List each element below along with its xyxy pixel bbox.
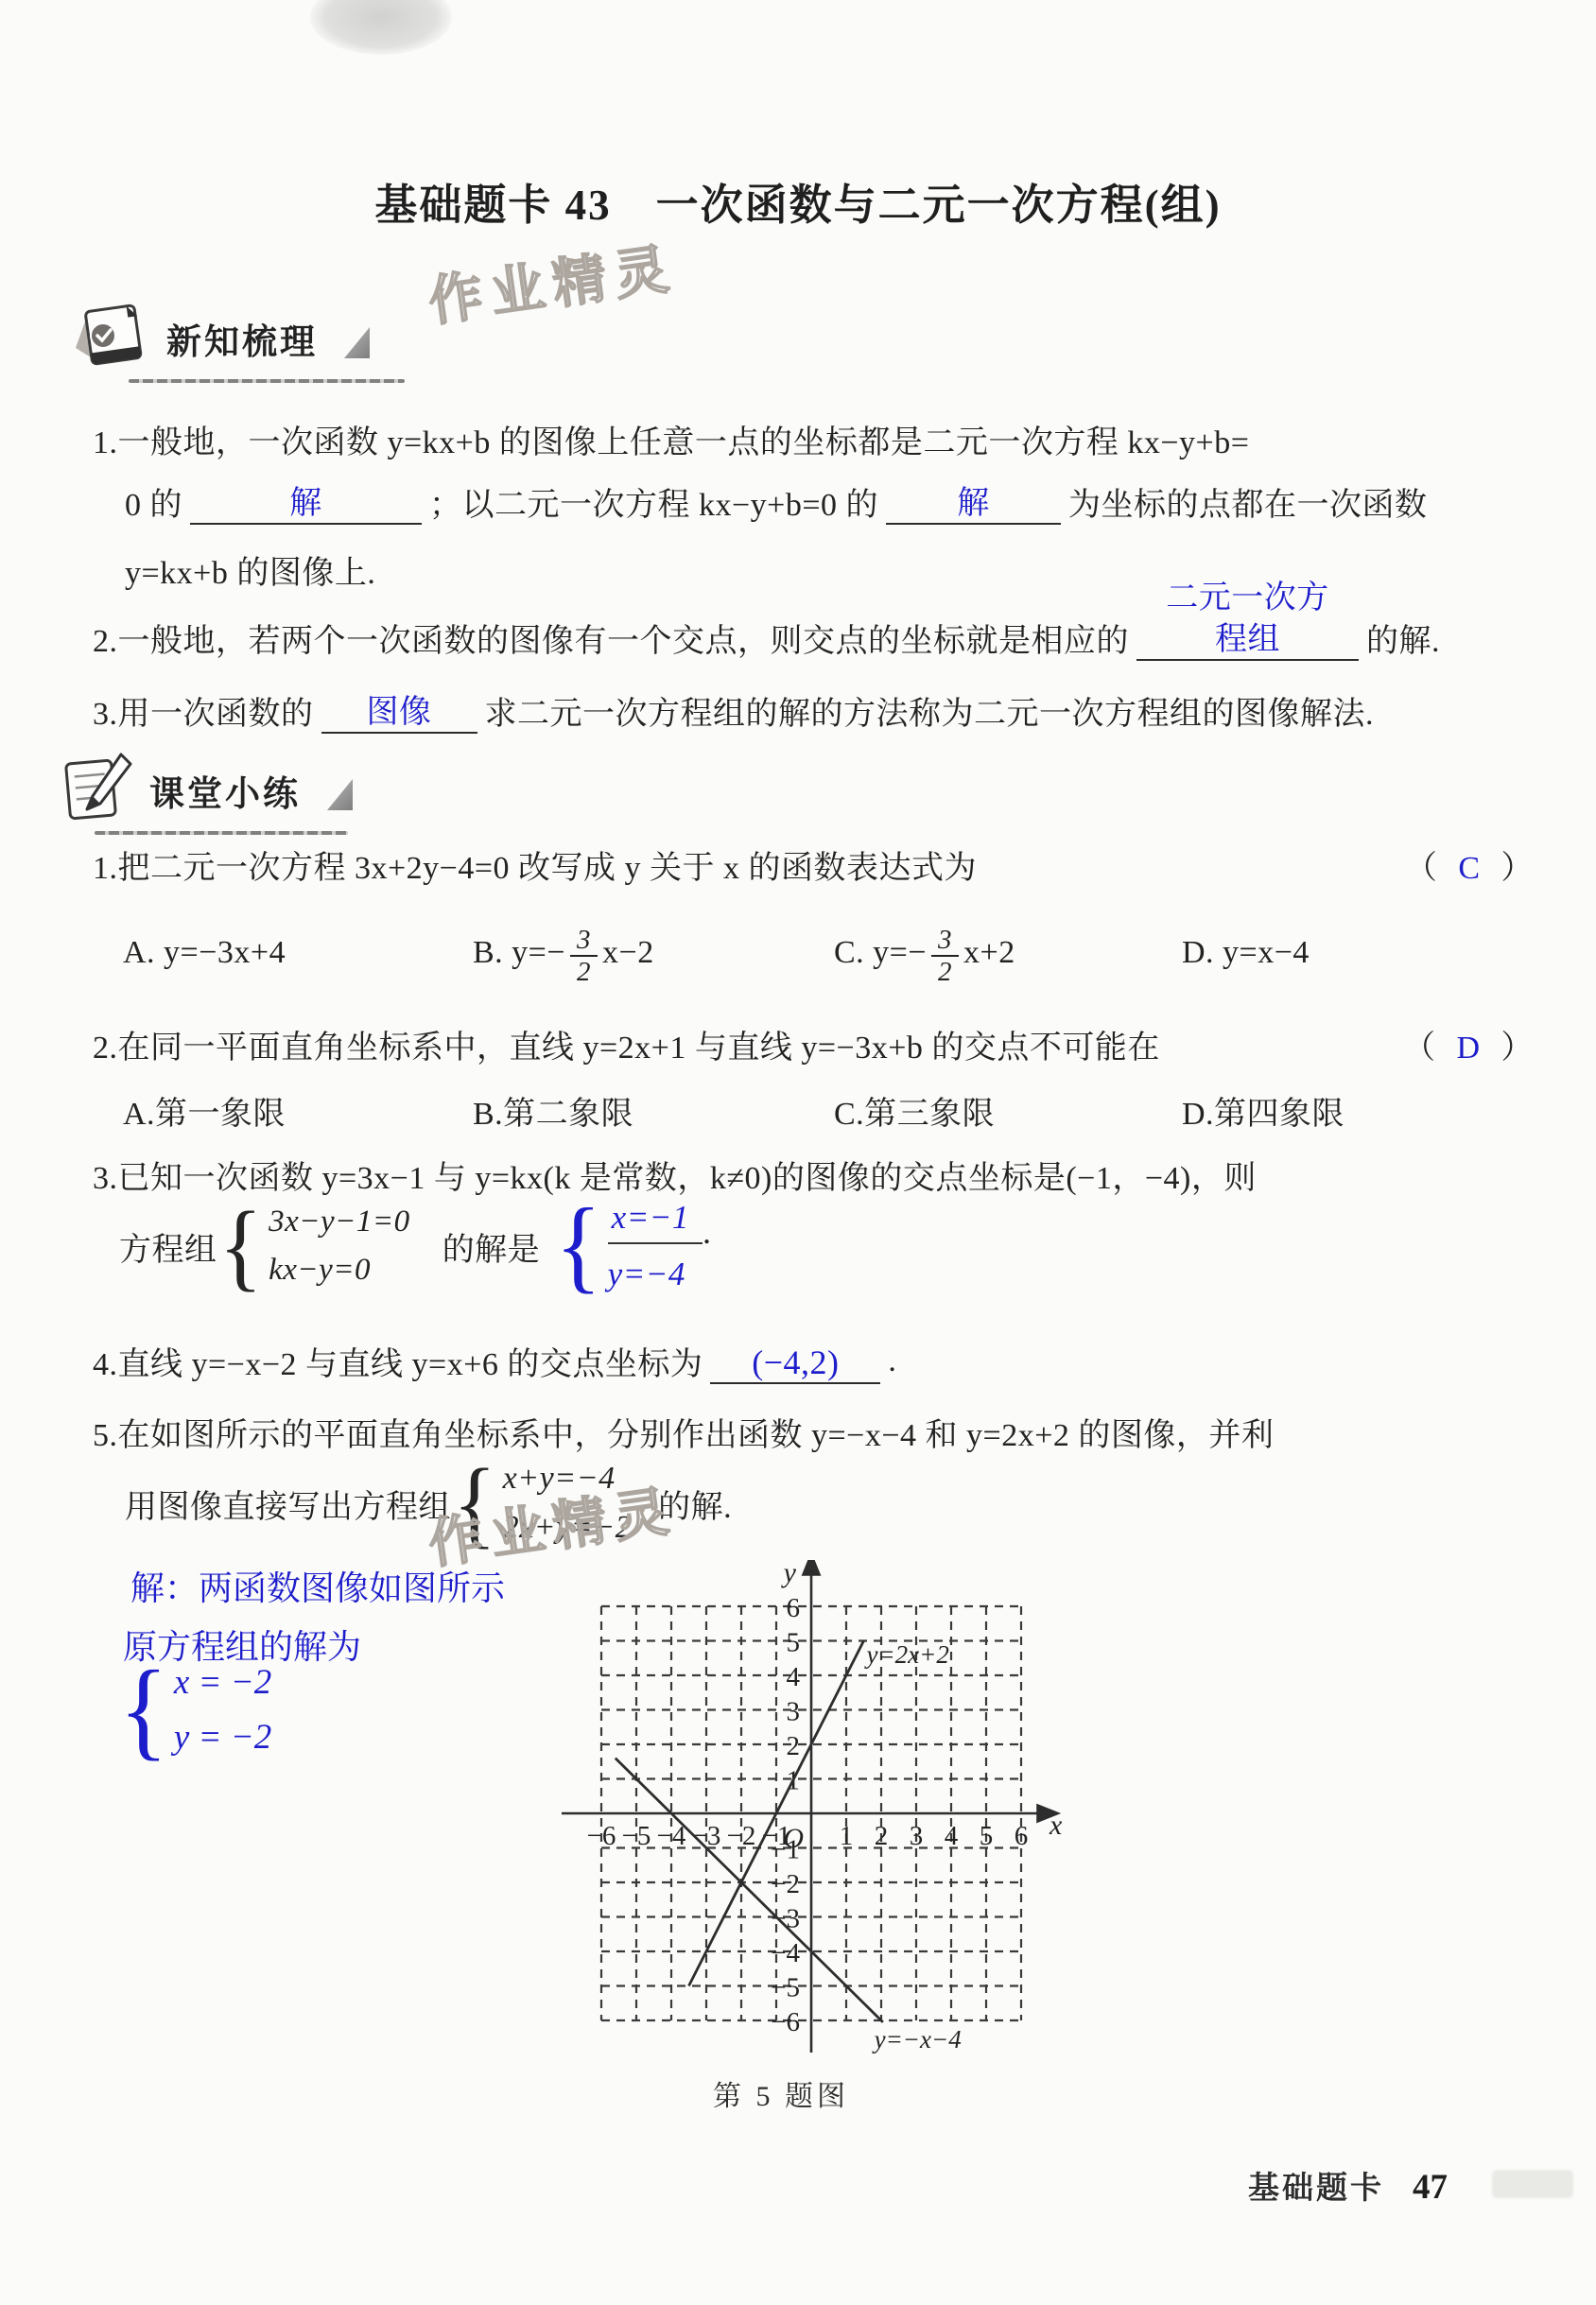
svg-text:−2: −2 — [727, 1821, 756, 1851]
practice-section-title: 课堂小练 — [149, 765, 301, 816]
review-section-header: 新知梳理 — [74, 301, 405, 383]
choice-answer: C — [1437, 851, 1501, 886]
svg-text:3: 3 — [787, 1697, 801, 1727]
answer-equation: y = −2 — [174, 1717, 271, 1758]
blank-answer: 解 — [957, 488, 990, 523]
blank-answer: 程组 — [1215, 624, 1280, 659]
svg-text:y=2x+2: y=2x+2 — [863, 1640, 948, 1669]
footer-label: 基础题卡 — [1248, 2163, 1384, 2208]
review-q1-line2: 0 的 解 ；以二元一次方程 kx−y+b=0 的 解 为坐标的点都在一次函数 — [125, 478, 1428, 525]
choice-b: B.第二象限 — [473, 1087, 834, 1134]
practice-q2-stem: 2.在同一平面直角坐标系中，直线 y=2x+1 与直线 y=−3x+b 的交点不… — [93, 1021, 1596, 1067]
scan-artifact — [310, 0, 452, 55]
answer-equation: y=−4 — [608, 1256, 703, 1293]
svg-text:−5: −5 — [622, 1821, 651, 1851]
answer-blank: 解 — [190, 479, 422, 525]
brace-glyph: { — [555, 1199, 601, 1292]
worksheet-page: 基础题卡 43 一次函数与二元一次方程(组) 作业精灵 作业精灵 新知梳理 — [0, 0, 1596, 2305]
equation: 3x−y−1=0 — [269, 1204, 410, 1239]
svg-text:−2: −2 — [771, 1869, 800, 1899]
choice-c: C. y=−32x+2 — [834, 922, 1182, 985]
choice-answer-box: （D） — [1403, 1021, 1534, 1067]
page-footer: 基础题卡 47 — [1248, 2163, 1448, 2208]
section-divider — [129, 379, 405, 383]
equation: kx−y=0 — [269, 1253, 410, 1288]
svg-text:−4: −4 — [771, 1938, 800, 1968]
blank-answer: 解 — [289, 488, 322, 523]
review-section-icon — [74, 301, 151, 375]
answer-blank: 解 — [886, 479, 1061, 525]
practice-section-icon — [59, 753, 134, 827]
brace-glyph: { — [119, 1660, 168, 1759]
answer-blank: (−4,2) — [710, 1339, 880, 1384]
review-q1-line3: y=kx+b 的图像上. — [125, 546, 375, 593]
blank-answer-overflow: 二元一次方 — [1166, 571, 1329, 617]
practice-q3-system-row: 方程组 { 3x−y−1=0 kx−y=0 的解是 { x=−1 y=−4 . — [119, 1199, 711, 1293]
practice-section-header: 课堂小练 — [59, 753, 353, 835]
review-q3-line: 3.用一次函数的 图像 求二元一次方程组的解的方法称为二元一次方程组的图像解法. — [93, 687, 1374, 734]
svg-text:4: 4 — [945, 1821, 959, 1851]
choice-a: A. y=−3x+4 — [123, 935, 473, 971]
practice-q3-line1: 3.已知一次函数 y=3x−1 与 y=kx(k 是常数，k≠0)的图像的交点坐… — [93, 1152, 1257, 1198]
blank-answer: 图像 — [367, 697, 432, 732]
svg-text:2: 2 — [875, 1821, 889, 1851]
watermark-top: 作业精灵 — [424, 225, 682, 337]
svg-text:6: 6 — [1015, 1821, 1029, 1851]
fraction: 32 — [931, 925, 959, 988]
handwritten-answer-system: { x=−1 y=−4 — [553, 1199, 703, 1293]
page-title: 基础题卡 43 一次函数与二元一次方程(组) — [0, 170, 1596, 232]
page-number: 47 — [1413, 2167, 1448, 2208]
answer-equation: x=−1 — [608, 1199, 703, 1244]
review-q2-line: 2.一般地，若两个一次函数的图像有一个交点，则交点的坐标就是相应的 二元一次方 … — [93, 615, 1440, 661]
choice-answer-box: （C） — [1405, 841, 1534, 888]
practice-q2-choices: A.第一象限 B.第二象限 C.第三象限 D.第四象限 — [123, 1087, 1344, 1134]
solution-answer-system: { x = −2 y = −2 — [117, 1662, 271, 1758]
svg-text:2: 2 — [787, 1731, 801, 1761]
practice-q5-line1: 5.在如图所示的平面直角坐标系中，分别作出函数 y=−x−4 和 y=2x+2 … — [93, 1409, 1274, 1455]
choice-c: C.第三象限 — [834, 1087, 1182, 1134]
figure-caption: 第 5 题图 — [548, 2072, 1014, 2114]
svg-text:y: y — [781, 1560, 797, 1588]
svg-text:1: 1 — [840, 1821, 854, 1851]
choice-a: A.第一象限 — [123, 1087, 473, 1134]
svg-text:5: 5 — [980, 1821, 994, 1851]
svg-text:−6: −6 — [771, 2007, 800, 2037]
practice-q1-choices: A. y=−3x+4 B. y=−32x−2 C. y=−32x+2 D. y=… — [123, 900, 1310, 1006]
svg-text:4: 4 — [787, 1662, 801, 1692]
review-q1-line1: 1.一般地，一次函数 y=kx+b 的图像上任意一点的坐标都是二元一次方程 kx… — [93, 416, 1249, 462]
svg-text:−6: −6 — [587, 1821, 616, 1851]
equation-system: 3x−y−1=0 kx−y=0 — [269, 1204, 410, 1288]
choice-d: D.第四象限 — [1182, 1087, 1344, 1134]
section-divider — [95, 831, 348, 835]
svg-text:−3: −3 — [771, 1904, 800, 1934]
choice-answer: D — [1435, 1031, 1501, 1066]
answer-blank: 图像 — [321, 688, 477, 734]
fraction: 32 — [570, 925, 598, 988]
svg-text:x: x — [1049, 1810, 1063, 1841]
svg-text:6: 6 — [787, 1593, 801, 1623]
svg-text:y=−x−4: y=−x−4 — [872, 2025, 962, 2054]
scan-artifact — [1492, 2170, 1573, 2198]
choice-d: D. y=x−4 — [1182, 935, 1310, 971]
practice-q4-line: 4.直线 y=−x−2 与直线 y=x+6 的交点坐标为 (−4,2) . — [93, 1338, 896, 1384]
brace-glyph: { — [219, 1202, 264, 1290]
triangle-icon — [327, 779, 353, 810]
triangle-icon — [344, 327, 370, 358]
answer-blank: 二元一次方 程组 — [1136, 615, 1359, 661]
svg-text:O: O — [783, 1823, 804, 1854]
svg-text:−5: −5 — [771, 1973, 800, 2003]
coordinate-plane-figure: −6−5−4−3−2−1123456−6−5−4−3−2−1123456Oxyy… — [548, 1560, 1097, 2108]
review-section-title: 新知梳理 — [166, 313, 318, 364]
answer-equation: x = −2 — [174, 1662, 271, 1703]
practice-q1-stem: 1.把二元一次方程 3x+2y−4=0 改写成 y 关于 x 的函数表达式为 （… — [93, 841, 1596, 888]
graph-svg: −6−5−4−3−2−1123456−6−5−4−3−2−1123456Oxyy… — [548, 1560, 1097, 2108]
svg-text:5: 5 — [787, 1628, 801, 1658]
svg-text:3: 3 — [910, 1821, 924, 1851]
blank-answer: (−4,2) — [752, 1345, 839, 1382]
choice-b: B. y=−32x−2 — [473, 922, 834, 985]
